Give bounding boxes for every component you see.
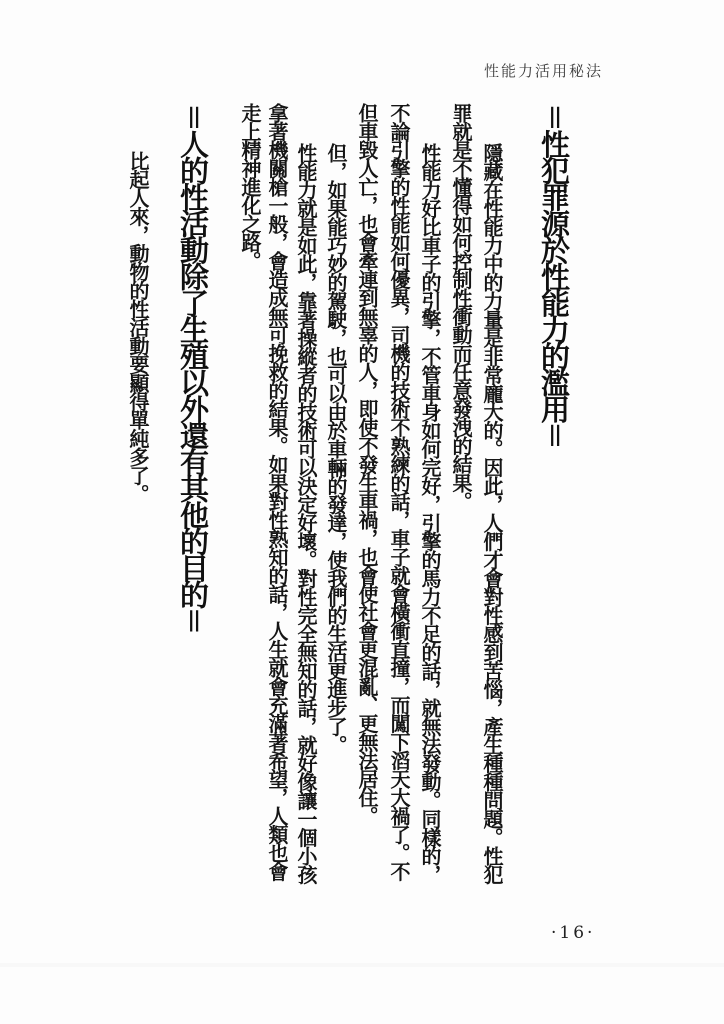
- scan-shadow: [0, 963, 724, 967]
- body-column: 性能力就是如此，靠著操縱者的技術可以決定好壞。對性完全無知的話，就好像讓一個小孩: [296, 143, 316, 883]
- body-column: 拿著機關槍一般，會造成無可挽救的結果。如果對性熟知的話，人生就會充滿著希望，人類…: [267, 103, 287, 880]
- running-header: 性能力活用秘法: [484, 60, 603, 81]
- body-column: 但車毀人亡，也會牽連到無辜的人，即使不發生車禍，也會使社會更混亂、更無法居住。: [357, 103, 377, 825]
- body-column: 走上精神進化之路。: [240, 103, 260, 270]
- body-column: 比起人來，動物的性活動要顯得單純多了。: [128, 151, 148, 503]
- page-number: ·16·: [551, 923, 595, 943]
- body-column: 隱藏在性能力中的力量是非常龐大的。因此，人們才會對性感到苦惱，產生種種問題。性犯: [482, 143, 502, 883]
- section1-title: ＝性犯罪源於性能力的濫用＝: [539, 103, 568, 448]
- section2-title: ＝人的性活動除了生殖以外還有其他的目的＝: [178, 103, 207, 633]
- body-column: 但，如果能巧妙的駕駛，也可以由於車輛的發達，使我們的生活更進步了。: [326, 143, 346, 754]
- book-page: 性能力活用秘法 ＝性犯罪源於性能力的濫用＝ 隱藏在性能力中的力量是非常龐大的。因…: [0, 0, 724, 1024]
- body-column: 不論引擎的性能如何優異，司機的技術不熟練的話，車子就會橫衝直撞，而闖下滔天大禍了…: [389, 103, 409, 880]
- body-column: 罪就是不懂得如何控制性衝動而任意發洩的結果。: [451, 103, 471, 510]
- body-column: 性能力好比車子的引擎，不管車身如何完好，引擎的馬力不足的話，就無法發動。同樣的，: [420, 143, 440, 883]
